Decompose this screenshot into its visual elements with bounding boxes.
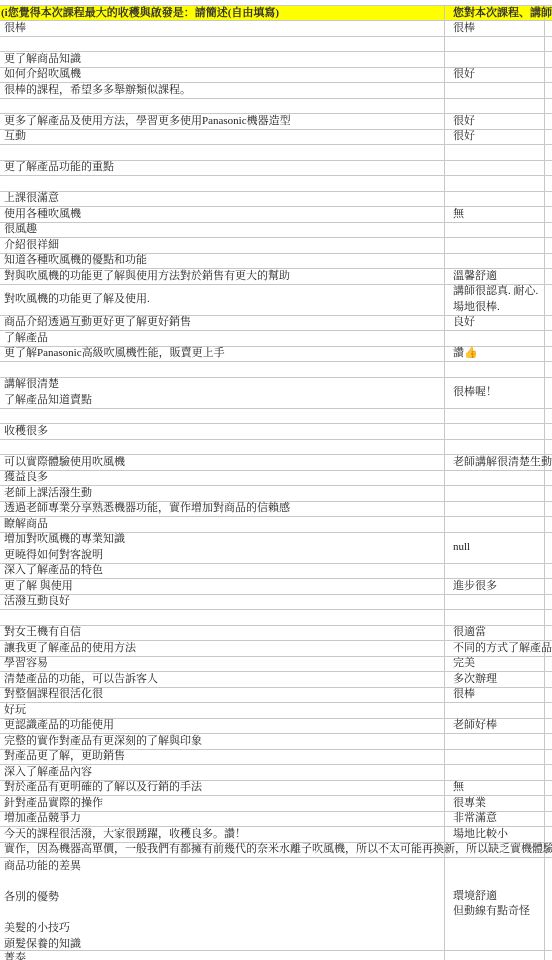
cell-response-text: 很風趣 xyxy=(4,222,37,238)
table-row xyxy=(0,37,552,53)
cell-response-text: 深入了解產品的特色 xyxy=(4,563,103,579)
cell-extra[interactable] xyxy=(545,21,552,37)
cell-extra[interactable] xyxy=(545,316,552,332)
cell-feedback[interactable]: 很適當 xyxy=(445,626,545,642)
cell-response[interactable]: 對吹風機的功能更了解及使用. xyxy=(0,285,445,316)
cell-response-text: 清楚產品的功能，可以告訴客人 xyxy=(4,672,158,688)
cell-response-text: 獲益良多 xyxy=(4,470,48,486)
cell-feedback[interactable]: 無 xyxy=(445,207,545,223)
cell-response-text: 深入了解產品內容 xyxy=(4,765,92,781)
table-row: 了解產品 xyxy=(0,331,552,347)
cell-response[interactable]: 增加對吹風機的專業知識 更曉得如何對客說明 xyxy=(0,533,445,564)
cell-response-text: 菁泰 xyxy=(4,951,26,960)
cell-response[interactable]: 更了解商品知識 xyxy=(0,52,445,68)
cell-feedback-text: 老師好棒 xyxy=(453,718,497,734)
cell-response[interactable] xyxy=(0,99,445,115)
cell-response[interactable]: 瞭解商品 xyxy=(0,517,445,533)
cell-response-text: 今天的課程很活潑，大家很踴躍，收穫良多。讚！ xyxy=(4,827,246,843)
table-row: 深入了解產品內容 xyxy=(0,765,552,781)
cell-extra[interactable] xyxy=(545,52,552,68)
cell-extra[interactable] xyxy=(545,83,552,99)
table-row: 使用各種吹風機無 xyxy=(0,207,552,223)
cell-extra[interactable] xyxy=(545,207,552,223)
cell-feedback[interactable]: 很棒喔！ xyxy=(445,378,545,409)
table-row: 互動很好 xyxy=(0,130,552,146)
cell-response[interactable]: 深入了解產品的特色 xyxy=(0,564,445,580)
cell-extra[interactable] xyxy=(545,409,552,425)
cell-feedback[interactable] xyxy=(445,440,545,456)
table-row: 對與吹風機的功能更了解與使用方法對於銷售有更大的幫助溫馨舒適 xyxy=(0,269,552,285)
cell-feedback[interactable]: 很好 xyxy=(445,130,545,146)
cell-response[interactable]: 獲益良多 xyxy=(0,471,445,487)
column-header-question[interactable]: (i您覺得本次課程最大的收穫與啟發是：請簡述(自由填寫) xyxy=(0,6,445,21)
table-row: 更了解 與使用進步很多 xyxy=(0,579,552,595)
cell-response[interactable]: 實作，因為機器高單價，一般我們有都擁有前幾代的奈米水離子吹風機，所以不太可能再換… xyxy=(0,843,445,859)
cell-feedback[interactable]: 環境舒適 但動線有點奇怪 xyxy=(445,858,545,951)
table-row: 深入了解產品的特色 xyxy=(0,564,552,580)
table-row: 瞭解商品 xyxy=(0,517,552,533)
cell-response-text: 可以實際體驗使用吹風機 xyxy=(4,455,125,471)
column-header-question-label: (i您覺得本次課程最大的收穫與啟發是：請簡述(自由填寫) xyxy=(1,6,279,21)
cell-feedback[interactable] xyxy=(445,517,545,533)
cell-response-text: 上課很滿意 xyxy=(4,191,59,207)
cell-feedback[interactable] xyxy=(445,254,545,270)
cell-response-text: 使用各種吹風機 xyxy=(4,207,81,223)
table-row: 好玩 xyxy=(0,703,552,719)
table-row: 讓我更了解產品的使用方法不同的方式了解產品 xyxy=(0,641,552,657)
cell-feedback[interactable] xyxy=(445,610,545,626)
table-row: 對於產品有更明確的了解以及行銷的手法無 xyxy=(0,781,552,797)
cell-extra[interactable] xyxy=(545,269,552,285)
cell-feedback[interactable]: 不同的方式了解產品 xyxy=(445,641,545,657)
cell-response-text: 對於產品有更明確的了解以及行銷的手法 xyxy=(4,780,202,796)
cell-response[interactable]: 使用各種吹風機 xyxy=(0,207,445,223)
cell-response-text: 對整個課程很活化很 xyxy=(4,687,103,703)
cell-response-text: 介紹很祥細 xyxy=(4,238,59,254)
table-row: 更認識產品的功能使用老師好棒 xyxy=(0,719,552,735)
cell-extra[interactable] xyxy=(545,719,552,735)
cell-response-text: 實作，因為機器高單價，一般我們有都擁有前幾代的奈米水離子吹風機，所以不太可能再換… xyxy=(4,842,552,858)
cell-extra[interactable] xyxy=(545,858,552,951)
cell-response[interactable]: 很棒 xyxy=(0,21,445,37)
cell-feedback[interactable] xyxy=(445,471,545,487)
cell-feedback[interactable] xyxy=(445,486,545,502)
cell-response-text: 很棒的課程，希望多多舉辦類似課程。 xyxy=(4,83,191,99)
cell-response[interactable]: 更了解Panasonic高級吹風機性能，販賣更上手 xyxy=(0,347,445,363)
cell-response[interactable] xyxy=(0,362,445,378)
cell-extra[interactable] xyxy=(545,812,552,828)
cell-extra[interactable] xyxy=(545,564,552,580)
cell-extra[interactable] xyxy=(545,657,552,673)
cell-extra[interactable] xyxy=(545,781,552,797)
cell-response[interactable]: 好玩 xyxy=(0,703,445,719)
cell-feedback[interactable] xyxy=(445,99,545,115)
cell-response[interactable] xyxy=(0,145,445,161)
cell-response[interactable]: 讓我更了解產品的使用方法 xyxy=(0,641,445,657)
cell-feedback-text: 不同的方式了解產品 xyxy=(453,641,552,657)
cell-response-text: 對女王機有自信 xyxy=(4,625,81,641)
table-row xyxy=(0,440,552,456)
table-row: 很風趣 xyxy=(0,223,552,239)
cell-feedback[interactable] xyxy=(445,238,545,254)
table-row: 更多了解產品及使用方法，學習更多使用Panasonic機器造型很好 xyxy=(0,114,552,130)
cell-extra[interactable] xyxy=(545,471,552,487)
cell-response-text: 互動 xyxy=(4,129,26,145)
table-row: 收穫很多 xyxy=(0,424,552,440)
cell-response-text: 學習容易 xyxy=(4,656,48,672)
cell-feedback[interactable]: 讚👍 xyxy=(445,347,545,363)
cell-response[interactable]: 活潑互動良好 xyxy=(0,595,445,611)
cell-response-text: 更多了解產品及使用方法，學習更多使用Panasonic機器造型 xyxy=(4,114,291,130)
cell-extra[interactable] xyxy=(545,440,552,456)
cell-extra[interactable] xyxy=(545,688,552,704)
table-row: 如何介紹吹風機很好 xyxy=(0,68,552,84)
cell-response[interactable] xyxy=(0,176,445,192)
cell-extra[interactable] xyxy=(545,114,552,130)
cell-feedback[interactable] xyxy=(445,161,545,177)
cell-response-text: 對產品更了解，更助銷售 xyxy=(4,749,125,765)
cell-response[interactable] xyxy=(0,409,445,425)
cell-feedback[interactable] xyxy=(445,564,545,580)
cell-feedback-text: 很好 xyxy=(453,129,475,145)
cell-response[interactable]: 更認識產品的功能使用 xyxy=(0,719,445,735)
spreadsheet: (i您覺得本次課程最大的收穫與啟發是：請簡述(自由填寫) 您對本次課程、講師 很… xyxy=(0,0,552,960)
cell-feedback[interactable] xyxy=(445,750,545,766)
table-row: 增加對吹風機的專業知識 更曉得如何對客說明null xyxy=(0,533,552,564)
column-header-feedback-label: 您對本次課程、講師 xyxy=(453,6,552,21)
cell-response[interactable]: 菁泰 xyxy=(0,951,445,960)
cell-extra[interactable] xyxy=(545,37,552,53)
cell-response[interactable]: 對與吹風機的功能更了解與使用方法對於銷售有更大的幫助 xyxy=(0,269,445,285)
cell-feedback[interactable] xyxy=(445,37,545,53)
cell-response[interactable]: 講解很清楚 了解產品知道賣點 xyxy=(0,378,445,409)
table-row xyxy=(0,409,552,425)
cell-feedback[interactable]: 很棒 xyxy=(445,21,545,37)
cell-feedback-text: null xyxy=(453,540,470,556)
cell-response[interactable]: 互動 xyxy=(0,130,445,146)
cell-extra[interactable] xyxy=(545,424,552,440)
cell-response[interactable]: 今天的課程很活潑，大家很踴躍，收穫良多。讚！ xyxy=(0,827,445,843)
table-row: 針對產品實際的操作很專業 xyxy=(0,796,552,812)
table-row: 老師上課活潑生動 xyxy=(0,486,552,502)
cell-response-text: 老師上課活潑生動 xyxy=(4,486,92,502)
column-header-feedback[interactable]: 您對本次課程、講師 xyxy=(445,6,545,21)
table-row: 對整個課程很活化很很棒 xyxy=(0,688,552,704)
cell-extra[interactable] xyxy=(545,192,552,208)
cell-extra[interactable] xyxy=(545,161,552,177)
table-row: 對吹風機的功能更了解及使用.講師很認真. 耐心. 場地很棒. xyxy=(0,285,552,316)
cell-feedback-text: 很棒 xyxy=(453,21,475,37)
cell-extra[interactable] xyxy=(545,595,552,611)
cell-feedback[interactable]: 很棒 xyxy=(445,688,545,704)
cell-extra[interactable] xyxy=(545,626,552,642)
cell-extra[interactable] xyxy=(545,765,552,781)
cell-response[interactable]: 老師上課活潑生動 xyxy=(0,486,445,502)
cell-feedback-text: 多次辦理 xyxy=(453,672,497,688)
cell-feedback[interactable] xyxy=(445,502,545,518)
cell-extra[interactable] xyxy=(545,176,552,192)
cell-feedback-text: 很好 xyxy=(453,67,475,83)
cell-extra[interactable] xyxy=(545,99,552,115)
cell-response-text: 收穫很多 xyxy=(4,424,48,440)
cell-feedback-text: 溫馨舒適 xyxy=(453,269,497,285)
cell-feedback-text: 完美 xyxy=(453,656,475,672)
table-row: 更了解Panasonic高級吹風機性能，販賣更上手讚👍 xyxy=(0,347,552,363)
table-row: 對女王機有自信很適當 xyxy=(0,626,552,642)
cell-feedback[interactable]: 非常滿意 xyxy=(445,812,545,828)
cell-response[interactable]: 更了解 與使用 xyxy=(0,579,445,595)
table-row: 完整的實作對產品有更深刻的了解與印象 xyxy=(0,734,552,750)
cell-feedback[interactable]: null xyxy=(445,533,545,564)
cell-extra[interactable] xyxy=(545,68,552,84)
table-row: 商品介紹透過互動更好更了解更好銷售良好 xyxy=(0,316,552,332)
cell-feedback[interactable]: 良好 xyxy=(445,316,545,332)
cell-extra[interactable] xyxy=(545,734,552,750)
cell-feedback[interactable] xyxy=(445,951,545,960)
cell-response[interactable]: 很棒的課程，希望多多舉辦類似課程。 xyxy=(0,83,445,99)
table-row: 菁泰 xyxy=(0,951,552,960)
table-row: 活潑互動良好 xyxy=(0,595,552,611)
cell-extra[interactable] xyxy=(545,951,552,960)
table-row: 增加產品競爭力非常滿意 xyxy=(0,812,552,828)
cell-response[interactable]: 知道各種吹風機的優點和功能 xyxy=(0,254,445,270)
cell-extra[interactable] xyxy=(545,486,552,502)
cell-extra[interactable] xyxy=(545,254,552,270)
cell-feedback[interactable]: 老師好棒 xyxy=(445,719,545,735)
cell-extra[interactable] xyxy=(545,517,552,533)
table-row xyxy=(0,176,552,192)
cell-feedback[interactable]: 很好 xyxy=(445,114,545,130)
table-row: 上課很滿意 xyxy=(0,192,552,208)
cell-feedback[interactable] xyxy=(445,703,545,719)
cell-feedback[interactable] xyxy=(445,409,545,425)
cell-response-text: 如何介紹吹風機 xyxy=(4,67,81,83)
table-row xyxy=(0,362,552,378)
cell-response-text: 更了解Panasonic高級吹風機性能，販賣更上手 xyxy=(4,346,225,362)
cell-feedback[interactable] xyxy=(445,331,545,347)
cell-extra[interactable] xyxy=(545,285,552,316)
cell-response-text: 增加產品競爭力 xyxy=(4,811,81,827)
cell-response[interactable]: 深入了解產品內容 xyxy=(0,765,445,781)
cell-feedback[interactable]: 很專業 xyxy=(445,796,545,812)
table-row: 獲益良多 xyxy=(0,471,552,487)
cell-response-text: 針對產品實際的操作 xyxy=(4,796,103,812)
cell-response-text: 對與吹風機的功能更了解與使用方法對於銷售有更大的幫助 xyxy=(4,269,290,285)
cell-feedback[interactable]: 進步很多 xyxy=(445,579,545,595)
cell-response-text: 知道各種吹風機的優點和功能 xyxy=(4,253,147,269)
cell-feedback[interactable] xyxy=(445,176,545,192)
cell-feedback[interactable] xyxy=(445,362,545,378)
table-row: 更了解商品知識 xyxy=(0,52,552,68)
cell-response-text: 讓我更了解產品的使用方法 xyxy=(4,641,136,657)
cell-feedback[interactable]: 講師很認真. 耐心. 場地很棒. xyxy=(445,285,545,316)
cell-extra[interactable] xyxy=(545,672,552,688)
cell-response[interactable]: 很風趣 xyxy=(0,223,445,239)
cell-feedback[interactable]: 多次辦理 xyxy=(445,672,545,688)
cell-response[interactable]: 針對產品實際的操作 xyxy=(0,796,445,812)
cell-extra[interactable] xyxy=(545,145,552,161)
cell-response-text: 瞭解商品 xyxy=(4,517,48,533)
cell-feedback[interactable]: 無 xyxy=(445,781,545,797)
cell-feedback[interactable]: 溫馨舒適 xyxy=(445,269,545,285)
cell-feedback-text: 環境舒適 但動線有點奇怪 xyxy=(453,889,530,920)
cell-response[interactable]: 商品功能的差異 各別的優勢 美髮的小技巧 頭髮保養的知識 xyxy=(0,858,445,951)
cell-response[interactable]: 商品介紹透過互動更好更了解更好銷售 xyxy=(0,316,445,332)
cell-response[interactable]: 完整的實作對產品有更深刻的了解與印象 xyxy=(0,734,445,750)
cell-response-text: 講解很清楚 了解產品知道賣點 xyxy=(4,377,92,408)
cell-extra[interactable] xyxy=(545,579,552,595)
table-row xyxy=(0,99,552,115)
cell-feedback-text: 非常滿意 xyxy=(453,811,497,827)
cell-response-text: 更了解產品功能的重點 xyxy=(4,160,114,176)
cell-feedback[interactable] xyxy=(445,765,545,781)
cell-extra[interactable] xyxy=(545,796,552,812)
cell-extra[interactable] xyxy=(545,750,552,766)
table-row: 實作，因為機器高單價，一般我們有都擁有前幾代的奈米水離子吹風機，所以不太可能再換… xyxy=(0,843,552,859)
cell-extra[interactable] xyxy=(545,610,552,626)
cell-response-text: 很棒 xyxy=(4,21,26,37)
table-row: 可以實際體驗使用吹風機老師講解很清楚生動 xyxy=(0,455,552,471)
cell-feedback[interactable] xyxy=(445,192,545,208)
cell-response-text: 透過老師專業分享熟悉機器功能，實作增加對商品的信賴感 xyxy=(4,501,290,517)
cell-feedback[interactable] xyxy=(445,145,545,161)
cell-response[interactable]: 對產品更了解，更助銷售 xyxy=(0,750,445,766)
cell-response[interactable]: 更了解產品功能的重點 xyxy=(0,161,445,177)
cell-extra[interactable] xyxy=(545,502,552,518)
cell-feedback[interactable]: 很好 xyxy=(445,68,545,84)
cell-extra[interactable] xyxy=(545,362,552,378)
table-row: 商品功能的差異 各別的優勢 美髮的小技巧 頭髮保養的知識環境舒適 但動線有點奇怪 xyxy=(0,858,552,951)
table-row: 講解很清楚 了解產品知道賣點很棒喔！ xyxy=(0,378,552,409)
table-row: 對產品更了解，更助銷售 xyxy=(0,750,552,766)
cell-feedback-text: 無 xyxy=(453,780,464,796)
table-row: 更了解產品功能的重點 xyxy=(0,161,552,177)
cell-extra[interactable] xyxy=(545,223,552,239)
cell-response-text: 對吹風機的功能更了解及使用. xyxy=(4,292,150,308)
cell-response-text: 商品功能的差異 各別的優勢 美髮的小技巧 頭髮保養的知識 xyxy=(4,859,81,952)
cell-extra[interactable] xyxy=(545,331,552,347)
cell-feedback[interactable] xyxy=(445,223,545,239)
cell-extra[interactable] xyxy=(545,238,552,254)
cell-response-text: 增加對吹風機的專業知識 更曉得如何對客說明 xyxy=(4,532,125,563)
cell-feedback-text: 進步很多 xyxy=(453,579,497,595)
table-row: 透過老師專業分享熟悉機器功能，實作增加對商品的信賴感 xyxy=(0,502,552,518)
table-row: 今天的課程很活潑，大家很踴躍，收穫良多。讚！場地比較小 xyxy=(0,827,552,843)
cell-feedback[interactable] xyxy=(445,595,545,611)
cell-response-text: 完整的實作對產品有更深刻的了解與印象 xyxy=(4,734,202,750)
cell-feedback-text: 很好 xyxy=(453,114,475,130)
cell-feedback-text: 講師很認真. 耐心. 場地很棒. xyxy=(453,284,538,315)
cell-feedback-text: 很棒喔！ xyxy=(453,385,497,401)
cell-extra[interactable] xyxy=(545,130,552,146)
cell-response[interactable]: 學習容易 xyxy=(0,657,445,673)
header-row: (i您覺得本次課程最大的收穫與啟發是：請簡述(自由填寫) 您對本次課程、講師 xyxy=(0,6,552,21)
cell-response-text: 更認識產品的功能使用 xyxy=(4,718,114,734)
table-row: 介紹很祥細 xyxy=(0,238,552,254)
cell-response[interactable]: 清楚產品的功能，可以告訴客人 xyxy=(0,672,445,688)
cell-feedback-text: 很適當 xyxy=(453,625,486,641)
table-row: 知道各種吹風機的優點和功能 xyxy=(0,254,552,270)
table-row xyxy=(0,610,552,626)
cell-feedback[interactable] xyxy=(445,52,545,68)
cell-response-text: 更了解 與使用 xyxy=(4,579,73,595)
cell-feedback[interactable] xyxy=(445,424,545,440)
cell-response[interactable] xyxy=(0,37,445,53)
cell-feedback[interactable] xyxy=(445,83,545,99)
cell-response[interactable]: 對整個課程很活化很 xyxy=(0,688,445,704)
cell-response[interactable]: 對於產品有更明確的了解以及行銷的手法 xyxy=(0,781,445,797)
cell-extra[interactable] xyxy=(545,347,552,363)
cell-response[interactable]: 增加產品競爭力 xyxy=(0,812,445,828)
cell-response[interactable]: 更多了解產品及使用方法，學習更多使用Panasonic機器造型 xyxy=(0,114,445,130)
sheet-rows: 很棒很棒更了解商品知識如何介紹吹風機很好很棒的課程，希望多多舉辦類似課程。更多了… xyxy=(0,21,552,960)
cell-response-text: 好玩 xyxy=(4,703,26,719)
cell-response[interactable]: 了解產品 xyxy=(0,331,445,347)
cell-extra[interactable] xyxy=(545,703,552,719)
cell-response-text: 更了解商品知識 xyxy=(4,52,81,68)
table-row xyxy=(0,145,552,161)
cell-response[interactable]: 收穫很多 xyxy=(0,424,445,440)
cell-extra[interactable] xyxy=(545,378,552,409)
cell-response-text: 商品介紹透過互動更好更了解更好銷售 xyxy=(4,315,191,331)
cell-response[interactable]: 如何介紹吹風機 xyxy=(0,68,445,84)
cell-feedback[interactable]: 場地比較小 xyxy=(445,827,545,843)
cell-response[interactable]: 對女王機有自信 xyxy=(0,626,445,642)
cell-feedback-text: 很專業 xyxy=(453,796,486,812)
cell-feedback[interactable]: 完美 xyxy=(445,657,545,673)
table-row: 清楚產品的功能，可以告訴客人多次辦理 xyxy=(0,672,552,688)
cell-extra[interactable] xyxy=(545,827,552,843)
cell-response[interactable]: 透過老師專業分享熟悉機器功能，實作增加對商品的信賴感 xyxy=(0,502,445,518)
cell-feedback-text: 無 xyxy=(453,207,464,223)
cell-response[interactable]: 介紹很祥細 xyxy=(0,238,445,254)
cell-feedback-text: 讚👍 xyxy=(453,346,478,362)
cell-feedback[interactable]: 老師講解很清楚生動 xyxy=(445,455,545,471)
cell-response[interactable] xyxy=(0,440,445,456)
cell-feedback-text: 很棒 xyxy=(453,687,475,703)
cell-response-text: 活潑互動良好 xyxy=(4,594,70,610)
cell-feedback-text: 老師講解很清楚生動 xyxy=(453,455,552,471)
cell-feedback-text: 良好 xyxy=(453,315,475,331)
cell-response-text: 了解產品 xyxy=(4,331,48,347)
table-row: 學習容易完美 xyxy=(0,657,552,673)
cell-response[interactable]: 可以實際體驗使用吹風機 xyxy=(0,455,445,471)
cell-response[interactable] xyxy=(0,610,445,626)
table-row: 很棒的課程，希望多多舉辦類似課程。 xyxy=(0,83,552,99)
cell-extra[interactable] xyxy=(545,533,552,564)
cell-response[interactable]: 上課很滿意 xyxy=(0,192,445,208)
table-row: 很棒很棒 xyxy=(0,21,552,37)
cell-feedback[interactable] xyxy=(445,734,545,750)
cell-feedback-text: 場地比較小 xyxy=(453,827,508,843)
